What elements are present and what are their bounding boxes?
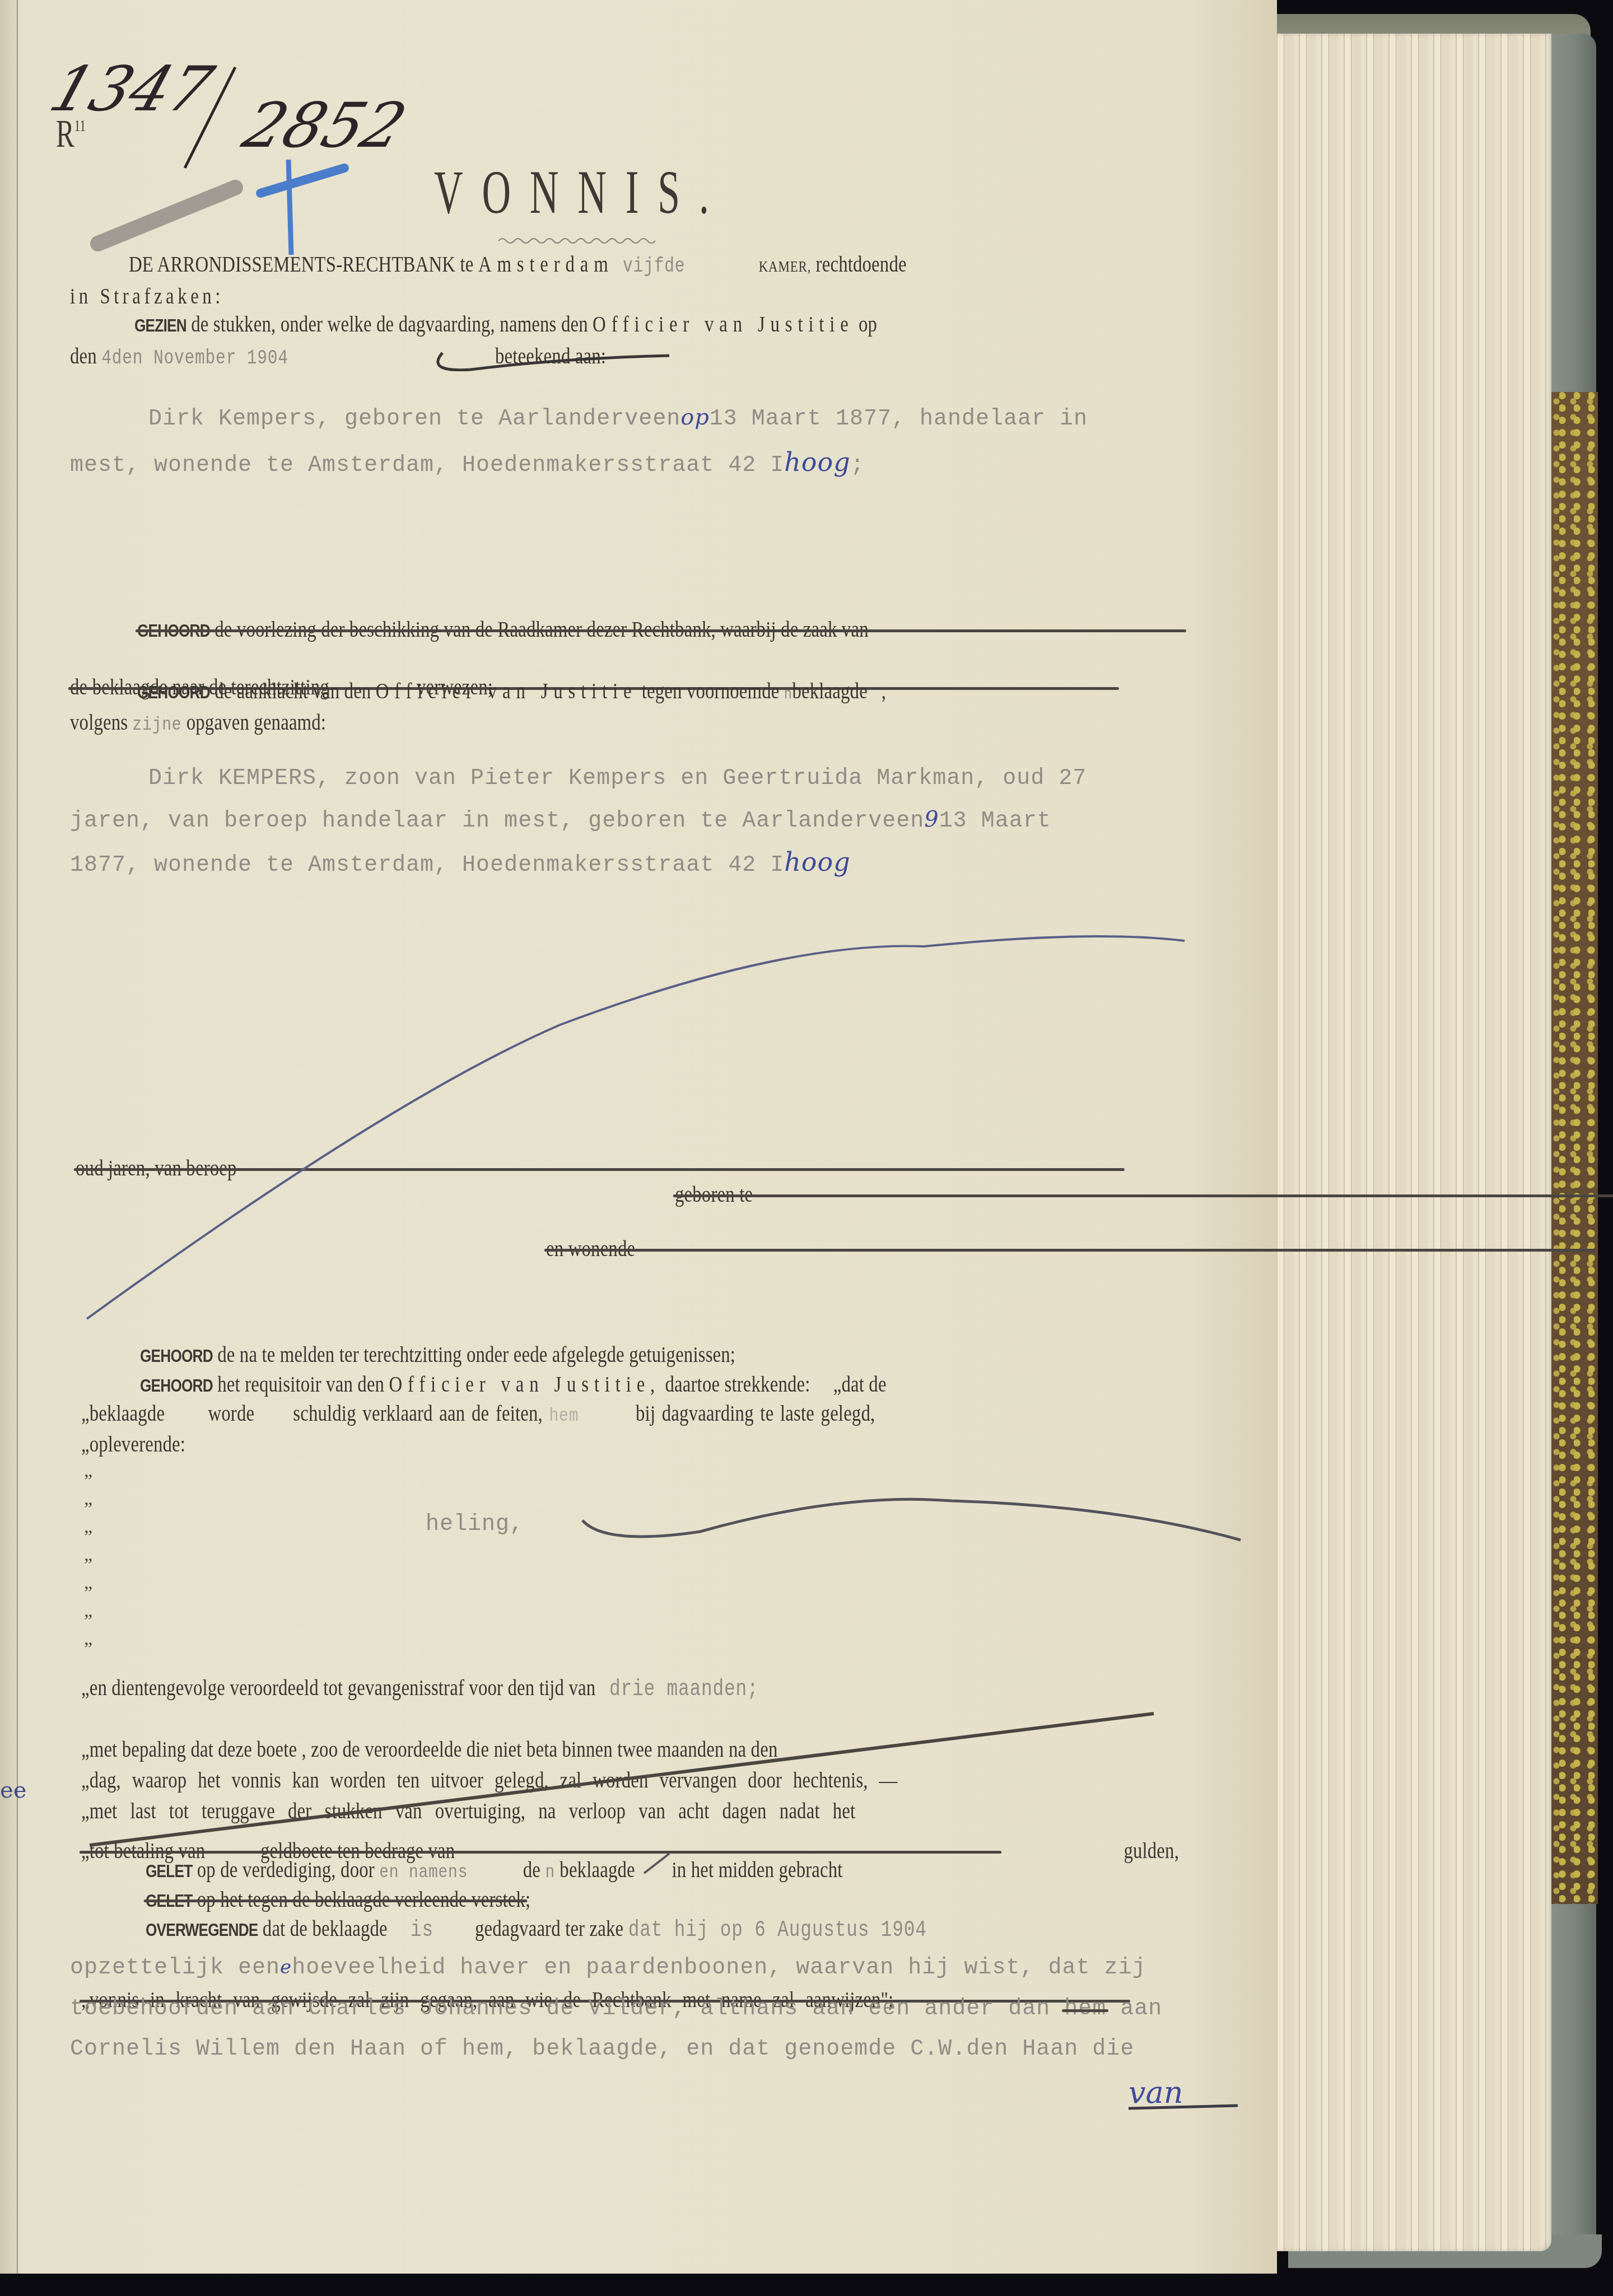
- title-rule: [498, 239, 655, 243]
- document-page: ee 1347 2852 R11 VONNIS. DE ARRONDISSEME…: [0, 0, 1277, 2274]
- filler-stroke: [582, 1499, 1241, 1540]
- blue-cross-icon: [288, 160, 291, 255]
- number-separator-slash: [185, 67, 235, 168]
- marbled-board: [1545, 392, 1598, 1904]
- filler-stroke: [438, 353, 669, 370]
- cancel-curve: [87, 936, 1185, 1319]
- cancel-diagonal: [90, 1714, 1154, 1845]
- page-stack-edge: [1271, 34, 1551, 2251]
- pen-annotations: [0, 0, 1277, 2274]
- pencil-mark-icon: [98, 188, 235, 244]
